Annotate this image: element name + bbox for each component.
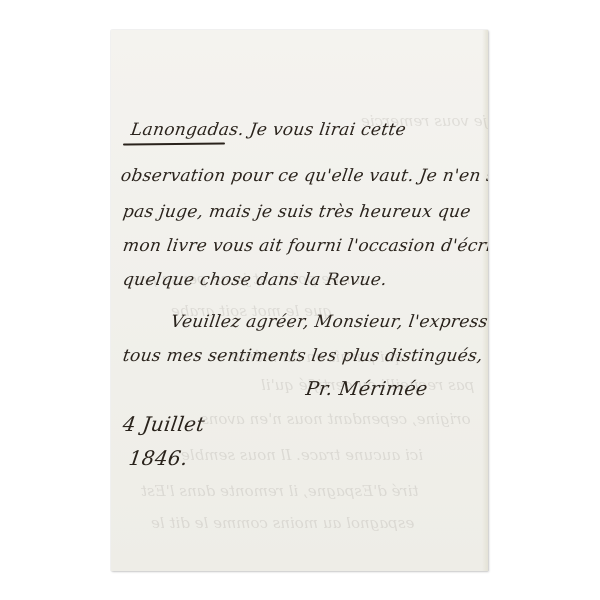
date-year: 1846. [127, 446, 189, 470]
signature: Pr. Mérimée [304, 378, 429, 400]
letter-sheet: Monsieur, je vous remercie sur ce point,… [111, 30, 488, 571]
photo-background: Monsieur, je vous remercie sur ce point,… [0, 0, 600, 600]
underline-stroke [123, 142, 225, 145]
letter-line-1: Lanongadas. Je vous lirai cette [130, 120, 408, 140]
date-day-month: 4 Juillet [121, 412, 206, 436]
show-through-text: origine, cependant nous n'en avons [201, 410, 471, 428]
letter-line-3: pas juge, mais je suis très heureux que [122, 202, 473, 222]
show-through-text: espagnol au moins comme le dit le [151, 514, 414, 532]
show-through-text: ici aucune trace. Il nous semble [181, 446, 423, 464]
letter-line-6: Veuillez agréer, Monsieur, l'expression … [170, 312, 488, 332]
show-through-text: tiré d'Espagne, il remonte dans l'Est [141, 482, 419, 500]
letter-line-5: quelque chose dans la Revue. [122, 270, 389, 290]
letter-line-2: observation pour ce qu'elle vaut. Je n'e… [120, 166, 488, 186]
letter-line-7: tous mes sentiments les plus distingués, [122, 346, 485, 366]
letter-line-4: mon livre vous ait fourni l'occasion d'é… [122, 236, 488, 256]
